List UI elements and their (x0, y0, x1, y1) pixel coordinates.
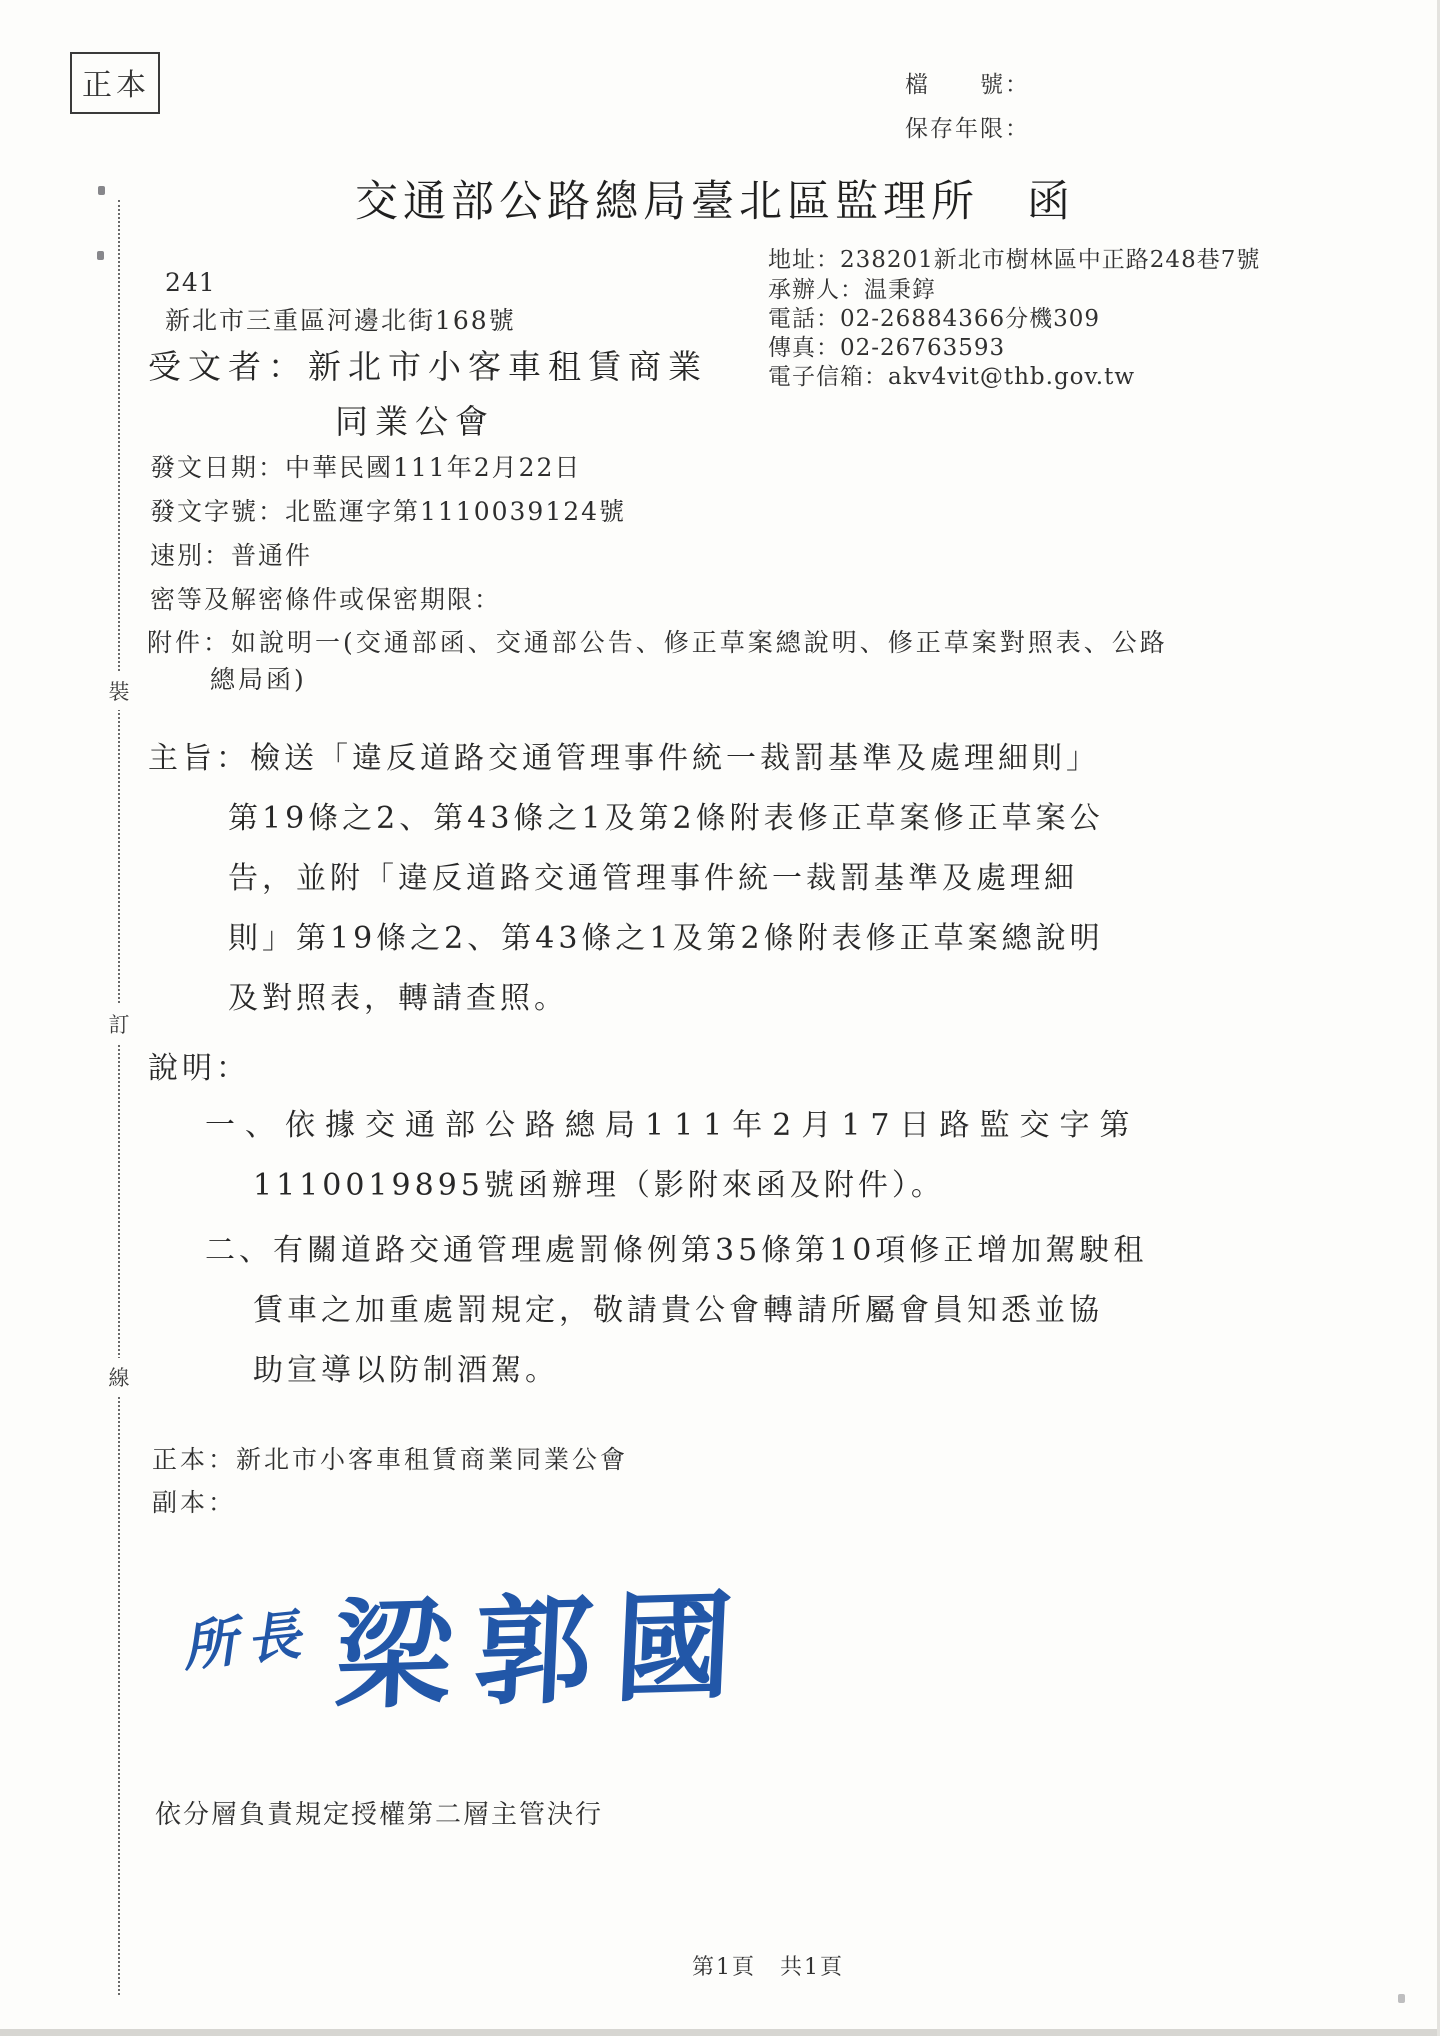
recipient-zip: 241 (165, 268, 216, 297)
cc-copy-line: 副本： (152, 1483, 236, 1519)
doc-number-field: 發文字號：北監運字第1110039124號 (150, 492, 626, 528)
recipient-street: 新北市三重區河邊北街168號 (165, 301, 516, 337)
subject-line-2: 第19條之2、第43條之1及第2條附表修正草案修正草案公 (228, 793, 1104, 837)
recipient-line-1: 受文者：新北市小客車租賃商業 (148, 341, 708, 388)
explanation-item2-line-2: 賃車之加重處罰規定，敬請貴公會轉請所屬會員知悉並協 (253, 1285, 1103, 1329)
scan-speck-2 (97, 251, 104, 260)
original-copy-line: 正本：新北市小客車租賃商業同業公會 (152, 1440, 628, 1476)
explanation-item2-line-1: 二、有關道路交通管理處罰條例第35條第10項修正增加駕駛租 (205, 1225, 1147, 1269)
explanation-item1-line-2: 1110019895號函辦理（影附來函及附件）。 (253, 1160, 945, 1204)
binding-mark-xian: 線 (104, 1358, 134, 1396)
recipient-line-2: 同業公會 (335, 396, 495, 443)
attachment-line-2: 總局函) (210, 660, 307, 696)
subject-line-1: 主旨：檢送「違反道路交通管理事件統一裁罰基準及處理細則」 (148, 733, 1100, 777)
sent-date-field: 發文日期：中華民國111年2月22日 (150, 448, 581, 484)
scanned-official-letter: 正本 檔 號： 保存年限： 交通部公路總局臺北區監理所 函 地址：238201新… (0, 0, 1440, 2036)
explanation-item2-line-3: 助宣導以防制酒駕。 (253, 1345, 559, 1389)
explanation-item1-line-1: 一、依據交通部公路總局111年2月17日路監交字第 (205, 1100, 1140, 1144)
binding-dotted-line (118, 200, 120, 1995)
retention-period-label: 保存年限： (905, 110, 1030, 143)
scan-bottom-edge (0, 2029, 1440, 2036)
subject-line-3: 告，並附「違反道路交通管理事件統一裁罰基準及處理細 (228, 853, 1078, 897)
subject-line-4: 則」第19條之2、第43條之1及第2條附表修正草案總說明 (228, 913, 1104, 957)
explanation-heading: 說明： (148, 1043, 250, 1087)
signer-title-handwritten: 所長 (178, 1592, 313, 1682)
binding-mark-zhuang: 裝 (104, 672, 134, 710)
original-copy-stamp: 正本 (70, 52, 160, 114)
agency-address: 地址：238201新北市樹林區中正路248巷7號 (768, 241, 1260, 274)
scan-speck-1 (98, 186, 105, 195)
document-title: 交通部公路總局臺北區監理所 函 (355, 168, 1075, 229)
scan-speck-3 (1398, 1994, 1405, 2003)
delegation-note: 依分層負責規定授權第二層主管決行 (155, 1794, 603, 1831)
subject-line-5: 及對照表，轉請查照。 (228, 973, 568, 1017)
speed-class-field: 速別：普通件 (150, 536, 312, 572)
binding-mark-ding: 訂 (104, 1005, 134, 1043)
signer-name-signature: 梁郭國 (331, 1550, 758, 1731)
attachment-line-1: 附件：如說明一(交通部函、交通部公告、修正草案總說明、修正草案對照表、公路 (147, 623, 1168, 659)
page-footer: 第1頁 共1頁 (692, 1950, 844, 1981)
file-number-label: 檔 號： (905, 66, 1030, 99)
secrecy-field: 密等及解密條件或保密期限： (150, 580, 501, 616)
agency-email: 電子信箱：akv4vit@thb.gov.tw (768, 358, 1135, 391)
